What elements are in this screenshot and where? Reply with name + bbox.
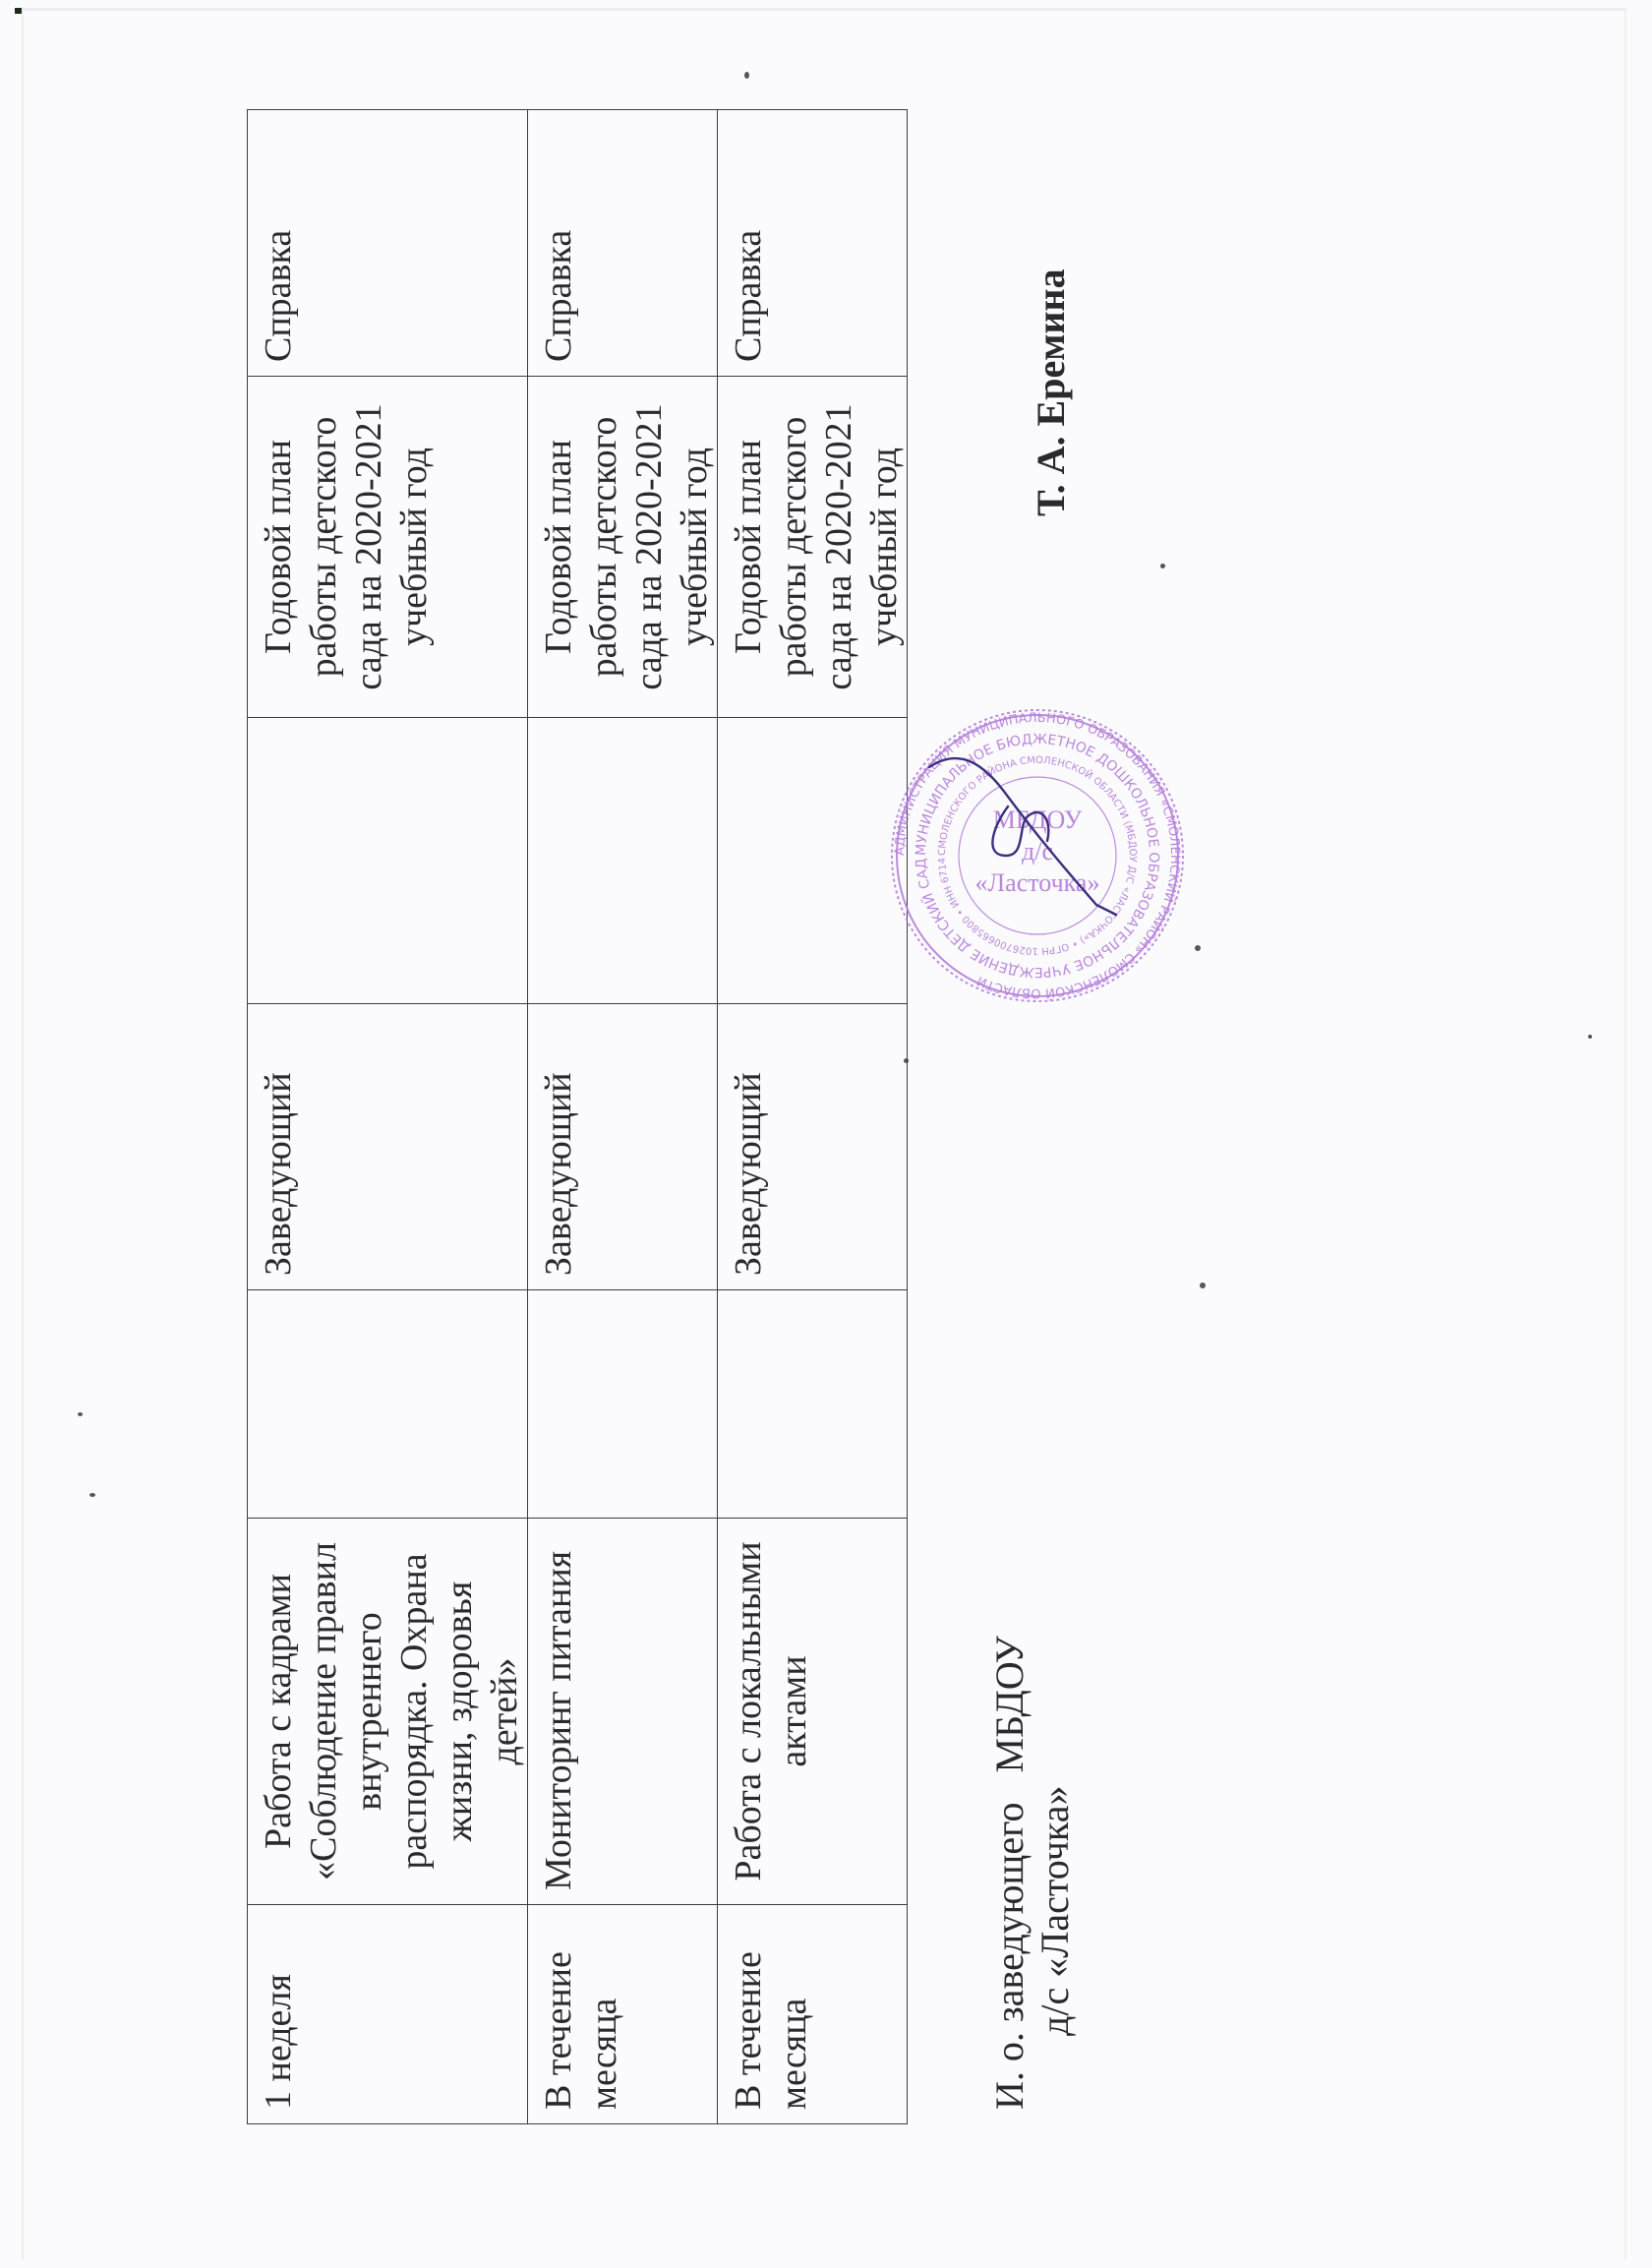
empty-cell [248,718,528,1004]
basis-cell: Годовой план работы детского сада на 202… [718,377,908,718]
stamp-center-line2: д/с [1022,837,1053,865]
rotated-document: 1 неделя Работа с кадрами «Соблюдение пр… [0,0,1652,2268]
table-row: В течение месяца Работа с локальными акт… [718,110,908,2124]
table-row: 1 неделя Работа с кадрами «Соблюдение пр… [248,110,528,2124]
table-row: В течение месяца Мониторинг питания Заве… [528,110,718,2124]
result-cell: Справка [528,110,718,377]
period-cell: В течение месяца [528,1905,718,2124]
result-cell: Справка [248,110,528,377]
empty-cell [248,1290,528,1519]
stamp-center-line3: «Ласточка» [975,868,1100,897]
period-cell: 1 неделя [248,1905,528,2124]
empty-cell [528,1290,718,1519]
empty-cell [718,718,908,1004]
responsible-cell: Заведующий [718,1004,908,1290]
result-cell: Справка [718,110,908,377]
activity-cell: Работа с кадрами «Соблюдение правил внут… [248,1519,528,1905]
responsible-cell: Заведующий [248,1004,528,1290]
empty-cell [718,1290,908,1519]
plan-table: 1 неделя Работа с кадрами «Соблюдение пр… [247,109,908,2124]
signature-position-line1: И. о. заведующего МБДОУ [987,1636,1032,2110]
period-cell: В течение месяца [718,1905,908,2124]
responsible-cell: Заведующий [528,1004,718,1290]
signature-position-line2: д/с «Ласточка» [1032,1786,1078,2036]
activity-cell: Мониторинг питания [528,1519,718,1905]
official-stamp: АДМИНИСТРАЦИЯ МУНИЦИПАЛЬНОГО ОБРАЗОВАНИЯ… [890,708,1185,1003]
activity-cell: Работа с локальными актами [718,1519,908,1905]
signatory-name: Т. А. Еремина [1029,269,1074,516]
basis-cell: Годовой план работы детского сада на 202… [248,377,528,718]
basis-cell: Годовой план работы детского сада на 202… [528,377,718,718]
empty-cell [528,718,718,1004]
